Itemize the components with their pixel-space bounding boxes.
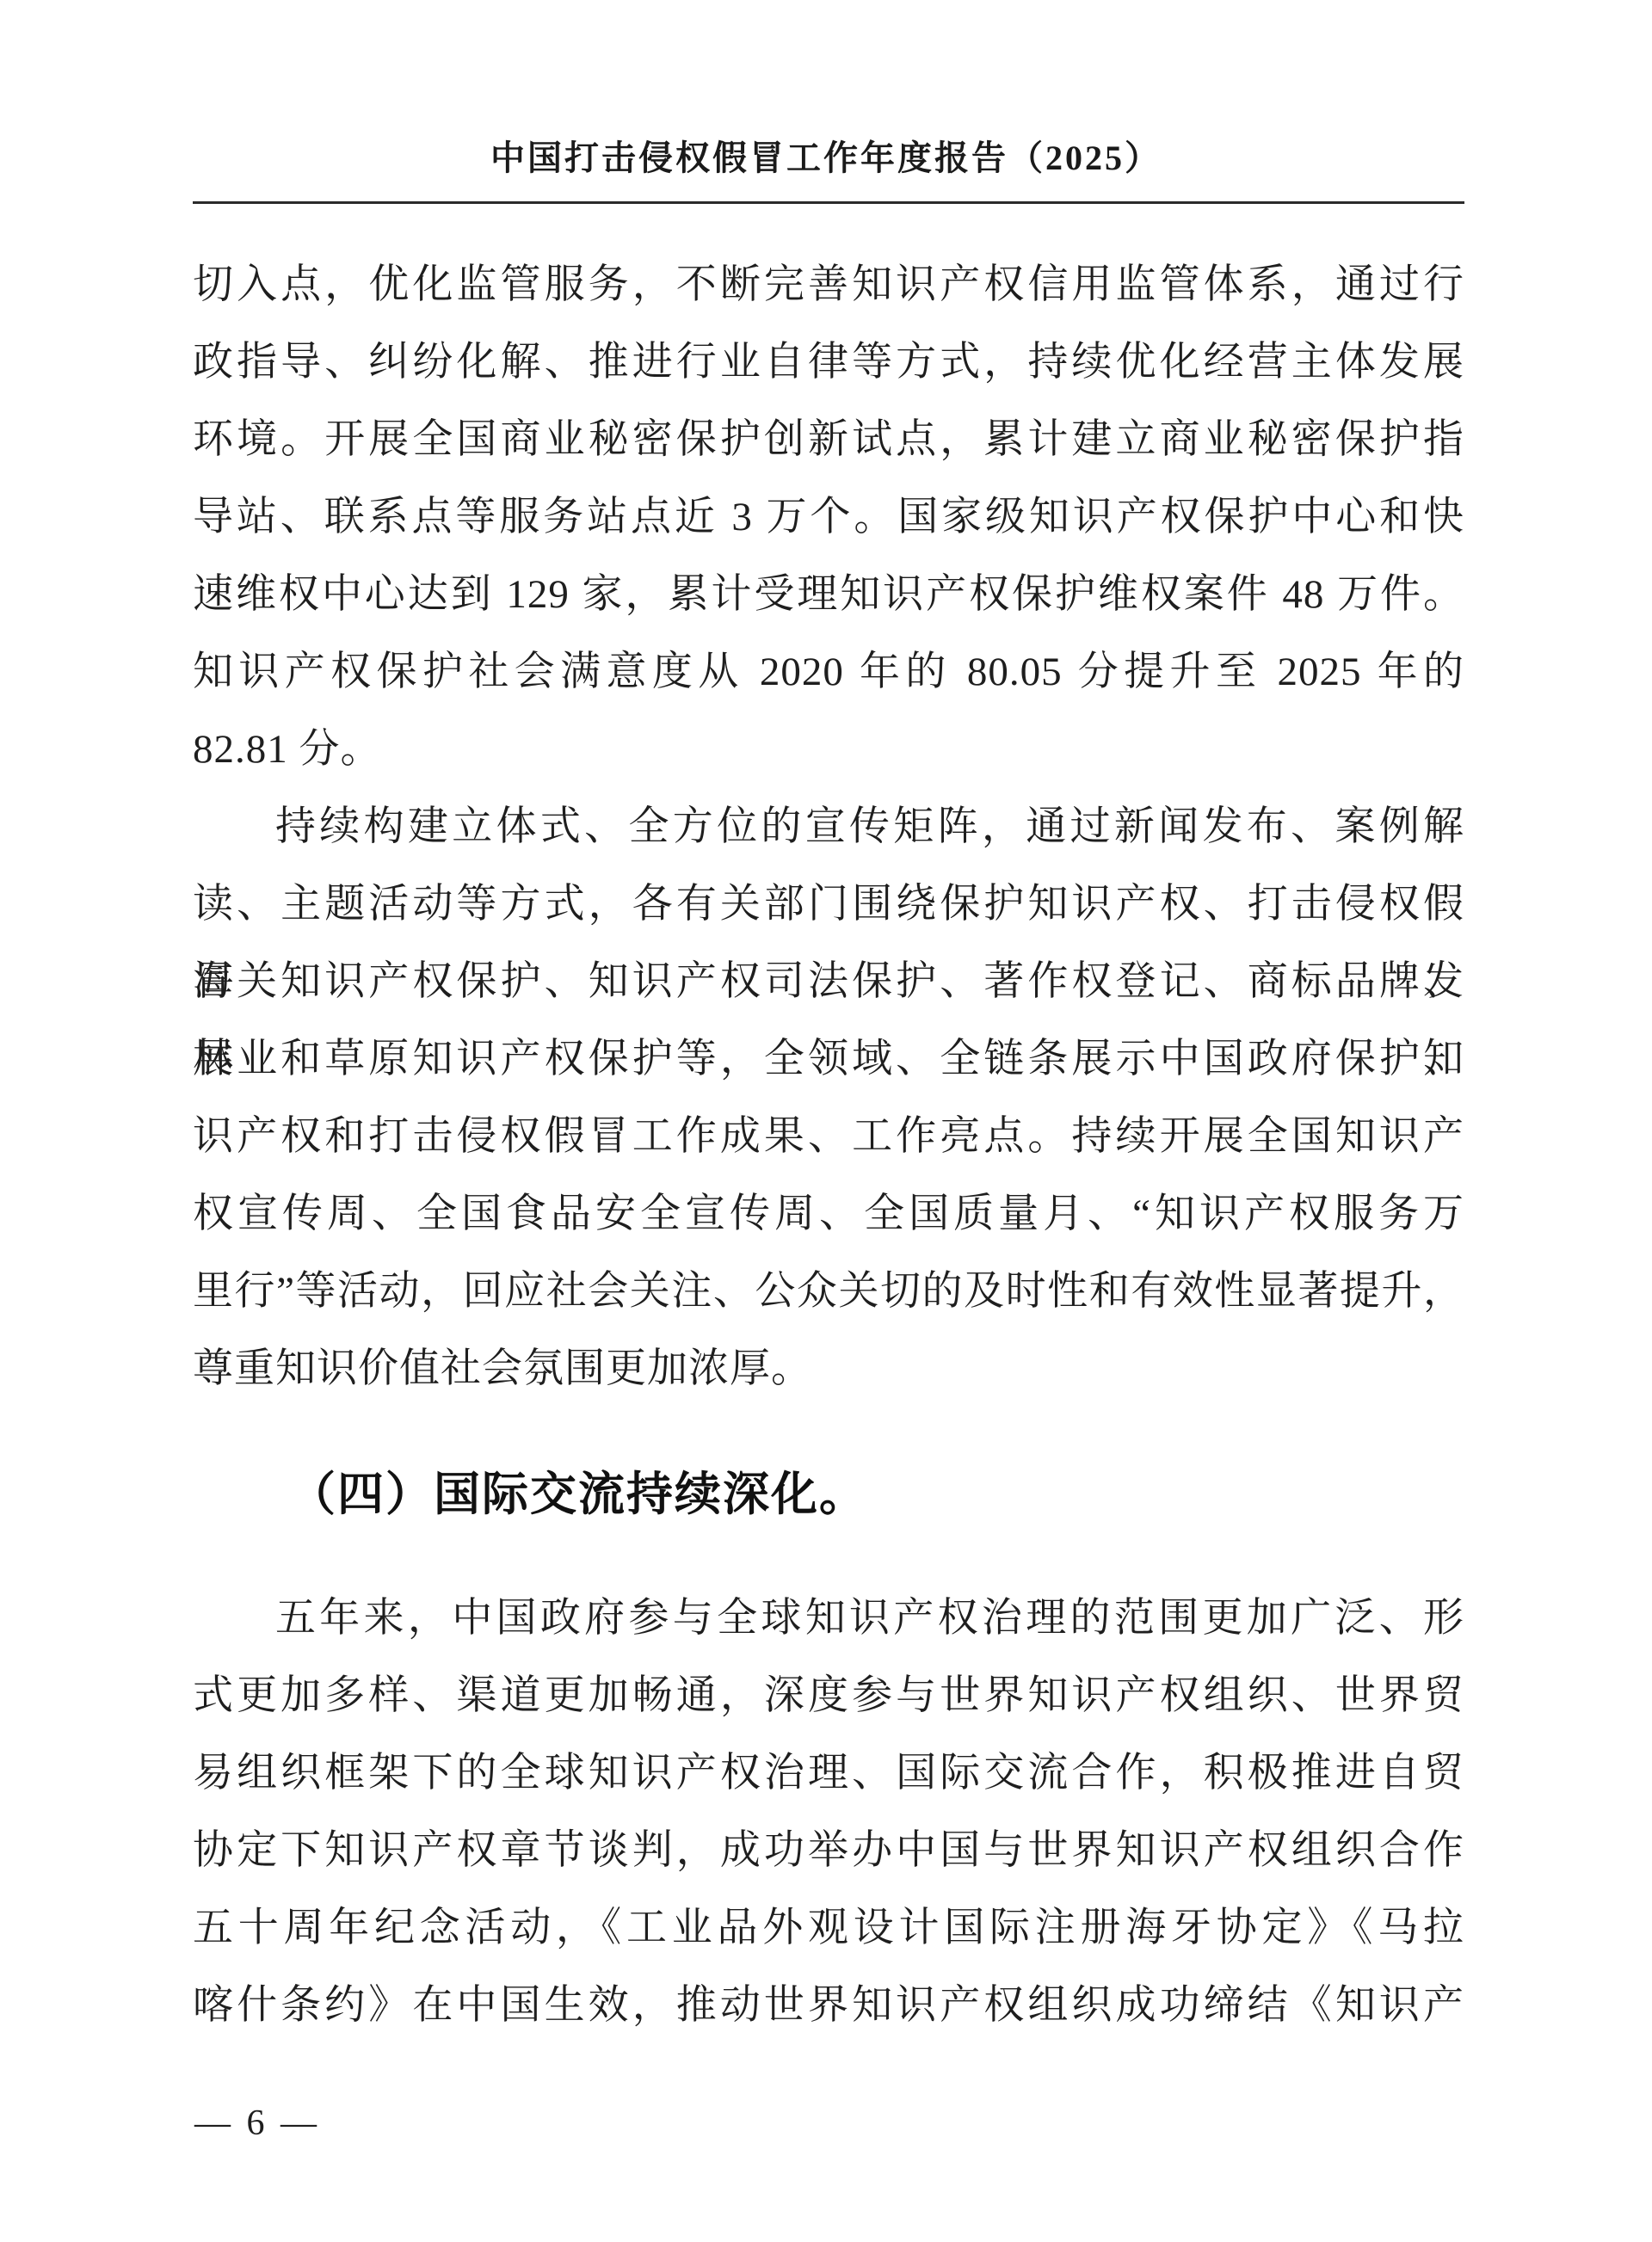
page-footer: — 6 — [194,2097,320,2149]
text-line: 式更加多样、渠道更加畅通，深度参与世界知识产权组织、世界贸 [193,1657,1464,1734]
text-line: 易组织框架下的全球知识产权治理、国际交流合作，积极推进自贸 [193,1734,1464,1812]
header-rule [193,201,1464,204]
paragraph-3: 五年来，中国政府参与全球知识产权治理的范围更加广泛、形 式更加多样、渠道更加畅通… [193,1580,1464,2044]
page-number: — 6 — [194,2103,320,2143]
text-line: 林业和草原知识产权保护等，全领域、全链条展示中国政府保护知 [193,1020,1464,1098]
text-line: 海关知识产权保护、知识产权司法保护、著作权登记、商标品牌发展、 [193,943,1464,1020]
text-line: 尊重知识价值社会氛围更加浓厚。 [193,1330,1464,1407]
text-line: 环境。开展全国商业秘密保护创新试点，累计建立商业秘密保护指 [193,401,1464,478]
text-line: 82.81 分。 [193,711,1464,788]
text-line: 协定下知识产权章节谈判，成功举办中国与世界知识产权组织合作 [193,1812,1464,1889]
text-line: 五年来，中国政府参与全球知识产权治理的范围更加广泛、形 [193,1580,1464,1657]
report-page: 中国打击侵权假冒工作年度报告（2025） 切入点，优化监管服务，不断完善知识产权… [0,0,1652,2242]
text-line: 持续构建立体式、全方位的宣传矩阵，通过新闻发布、案例解 [193,788,1464,865]
page-header-title: 中国打击侵权假冒工作年度报告（2025） [0,131,1652,180]
text-line: 读、主题活动等方式，各有关部门围绕保护知识产权、打击侵权假冒、 [193,865,1464,943]
section-heading: （四）国际交流持续深化。 [193,1456,1464,1533]
text-line: 识产权和打击侵权假冒工作成果、工作亮点。持续开展全国知识产 [193,1098,1464,1175]
text-line: 切入点，优化监管服务，不断完善知识产权信用监管体系，通过行 [193,246,1464,323]
paragraph-2: 持续构建立体式、全方位的宣传矩阵，通过新闻发布、案例解 读、主题活动等方式，各有… [193,788,1464,1407]
text-line: 五十周年纪念活动，《工业品外观设计国际注册海牙协定》《马拉 [193,1889,1464,1967]
text-line: 喀什条约》在中国生效，推动世界知识产权组织成功缔结《知识产 [193,1967,1464,2044]
text-line: 权宣传周、全国食品安全宣传周、全国质量月、“知识产权服务万 [193,1175,1464,1253]
text-line: 导站、联系点等服务站点近 3 万个。国家级知识产权保护中心和快 [193,478,1464,556]
page-body: 切入点，优化监管服务，不断完善知识产权信用监管体系，通过行 政指导、纠纷化解、推… [193,246,1464,2044]
text-line: 速维权中心达到 129 家，累计受理知识产权保护维权案件 48 万件。 [193,556,1464,633]
text-line: 里行”等活动，回应社会关注、公众关切的及时性和有效性显著提升， [193,1253,1464,1330]
paragraph-1: 切入点，优化监管服务，不断完善知识产权信用监管体系，通过行 政指导、纠纷化解、推… [193,246,1464,788]
text-line: 知识产权保护社会满意度从 2020 年的 80.05 分提升至 2025 年的 [193,633,1464,711]
text-line: 政指导、纠纷化解、推进行业自律等方式，持续优化经营主体发展 [193,323,1464,401]
